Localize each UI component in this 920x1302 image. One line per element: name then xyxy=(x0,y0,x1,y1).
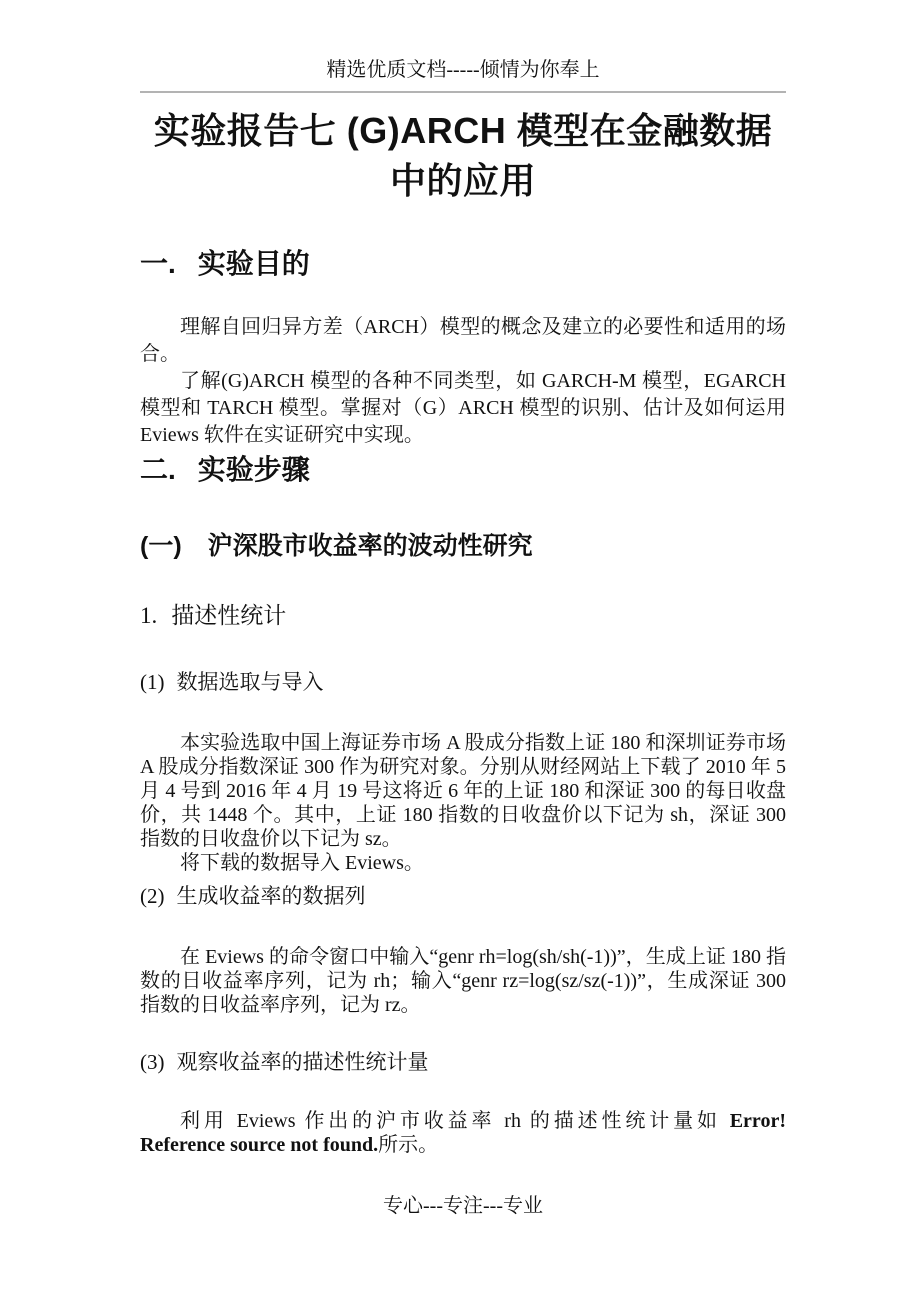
data-import-paragraphs: 本实验选取中国上海证券市场 A 股成分指数上证 180 和深圳证券市场 A 股成… xyxy=(140,731,786,875)
page-footer: 专心---专注---专业 xyxy=(140,1192,786,1220)
generate-returns-paragraph: 在 Eviews 的命令窗口中输入“genr rh=log(sh/sh(-1))… xyxy=(140,945,786,1017)
page-header: 精选优质文档-----倾情为你奉上 xyxy=(140,57,786,93)
subsection-number: (一) xyxy=(140,532,182,560)
subheading-descriptive-statistics: 1.描述性统计 xyxy=(140,601,786,631)
section-heading-steps: 二.实验步骤 xyxy=(140,452,786,488)
paragraph-text: 所示。 xyxy=(378,1134,438,1156)
step-heading-observe-statistics: (3)观察收益率的描述性统计量 xyxy=(140,1048,786,1076)
paragraph: 理解自回归异方差（ARCH）模型的概念及建立的必要性和适用的场合。 xyxy=(140,314,786,368)
step-number: (3) xyxy=(140,1050,165,1074)
objective-paragraphs: 理解自回归异方差（ARCH）模型的概念及建立的必要性和适用的场合。 了解(G)A… xyxy=(140,314,786,449)
section-number: 一. xyxy=(140,248,176,279)
footer-slogan: 专心---专注---专业 xyxy=(383,1195,543,1217)
step-heading-generate-returns: (2)生成收益率的数据列 xyxy=(140,882,786,910)
paragraph: 了解(G)ARCH 模型的各种不同类型，如 GARCH-M 模型，EGARCH … xyxy=(140,368,786,449)
section-label: 实验目的 xyxy=(198,248,310,279)
section-heading-objective: 一.实验目的 xyxy=(140,246,786,282)
subheading-label: 描述性统计 xyxy=(171,603,286,628)
section-number: 二. xyxy=(140,454,176,485)
paragraph-text: 利用 Eviews 作出的沪市收益率 rh 的描述性统计量如 xyxy=(180,1110,730,1132)
document-page: 精选优质文档-----倾情为你奉上 实验报告七 (G)ARCH 模型在金融数据中… xyxy=(0,0,920,1302)
step-heading-data-import: (1)数据选取与导入 xyxy=(140,668,786,696)
observe-statistics-paragraph: 利用 Eviews 作出的沪市收益率 rh 的描述性统计量如 Error! Re… xyxy=(140,1109,786,1157)
paragraph: 将下载的数据导入 Eviews。 xyxy=(140,851,786,875)
subsection-label: 沪深股市收益率的波动性研究 xyxy=(208,532,533,560)
paragraph: 本实验选取中国上海证券市场 A 股成分指数上证 180 和深圳证券市场 A 股成… xyxy=(140,731,786,851)
paragraph: 利用 Eviews 作出的沪市收益率 rh 的描述性统计量如 Error! Re… xyxy=(140,1109,786,1157)
step-number: (2) xyxy=(140,884,165,908)
step-label: 生成收益率的数据列 xyxy=(177,884,366,908)
subsection-heading-volatility-study: (一)沪深股市收益率的波动性研究 xyxy=(140,530,786,562)
document-title: 实验报告七 (G)ARCH 模型在金融数据中的应用 xyxy=(140,106,786,206)
step-label: 观察收益率的描述性统计量 xyxy=(177,1050,429,1074)
step-number: (1) xyxy=(140,670,165,694)
header-slogan: 精选优质文档-----倾情为你奉上 xyxy=(326,59,599,81)
step-label: 数据选取与导入 xyxy=(177,670,324,694)
subheading-number: 1. xyxy=(140,603,157,628)
paragraph: 在 Eviews 的命令窗口中输入“genr rh=log(sh/sh(-1))… xyxy=(140,945,786,1017)
section-label: 实验步骤 xyxy=(198,454,310,485)
